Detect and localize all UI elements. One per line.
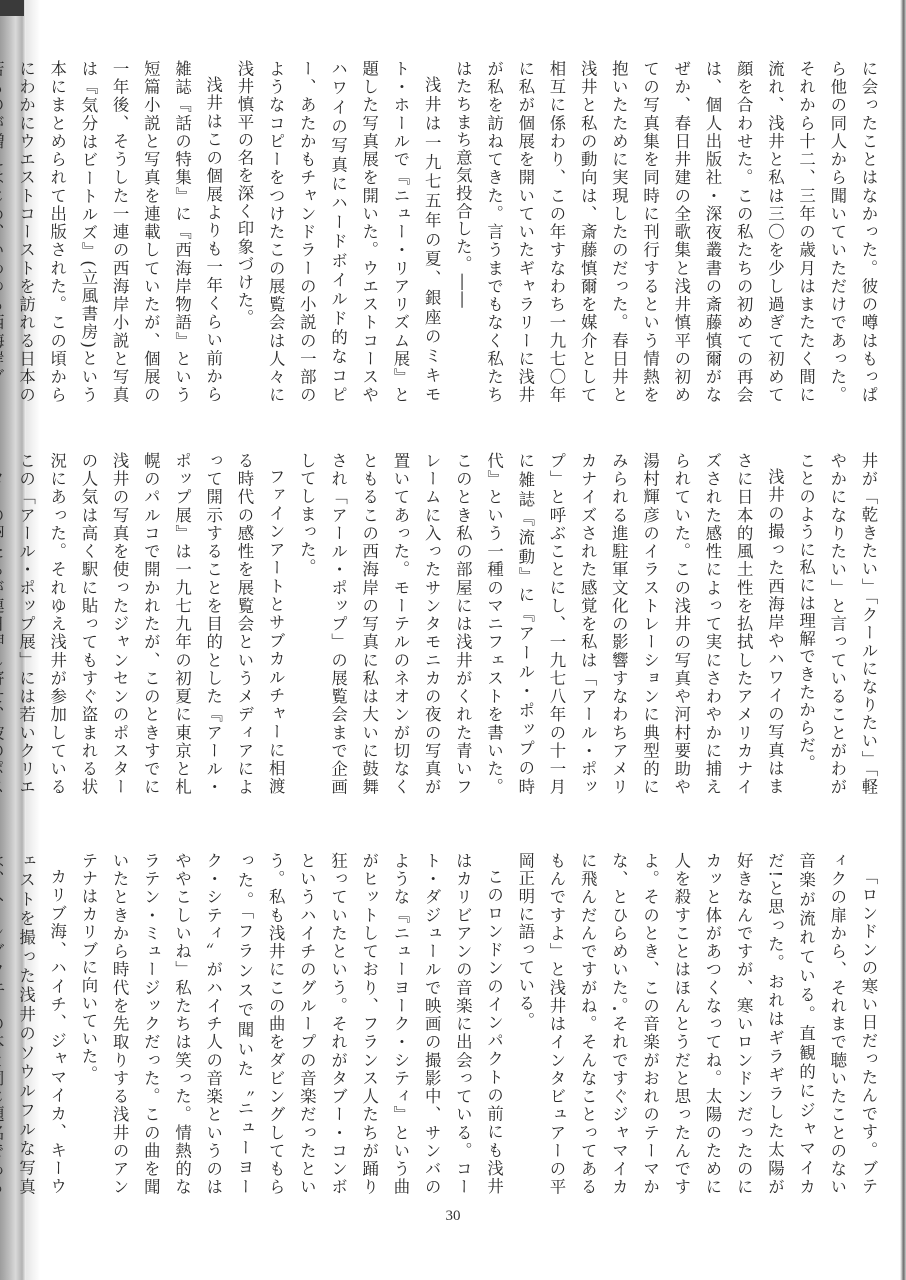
- text-tier-top: に会ったことはなかった。彼の噂はもっぱら他の同人から聞いていただけであった。それ…: [62, 60, 884, 404]
- paragraph: に会ったことはなかった。彼の噂はもっぱら他の同人から聞いていただけであった。それ…: [447, 60, 884, 404]
- book-page: に会ったことはなかった。彼の噂はもっぱら他の同人から聞いていただけであった。それ…: [40, 0, 898, 1280]
- paragraph: 浅井は一九七五年の夏、銀座のミキモト・ホールで『ニュー・リアリズム展』と題した写…: [229, 60, 447, 404]
- page-number: 30: [0, 1208, 906, 1225]
- paragraph: ファインアートとサブカルチャーに相渡る時代の感性を展覧会というメディアによって開…: [0, 452, 291, 796]
- paragraph: 井が「乾きたい」「クールになりたい」「軽やかになりたい」と言っていることがわがこ…: [790, 452, 884, 796]
- print-speck: [613, 1007, 616, 1010]
- text-tier-middle: 井が「乾きたい」「クールになりたい」「軽やかになりたい」と言っていることがわがこ…: [62, 452, 884, 796]
- paragraph: 「ロンドンの寒い日だったんです。ブティクの扉から、それまで聴いたことのない音楽が…: [510, 852, 884, 1196]
- paragraph: 浅井の撮った西海岸やハワイの写真はまさに日本的風土性を払拭したアメリカナイズされ…: [291, 452, 790, 796]
- page-right-edge: [900, 0, 906, 1280]
- text-tier-bottom: 「ロンドンの寒い日だったんです。ブティクの扉から、それまで聴いたことのない音楽が…: [62, 852, 884, 1196]
- paragraph: カリブ海、ハイチ、ジャマイカ、キーウェストを撮った浅井のソウルフルな写真は、ヘミ…: [0, 852, 73, 1196]
- paragraph: このロンドンのインパクトの前にも浅井はカリビアンの音楽に出会っている。コート・ダ…: [73, 852, 510, 1196]
- binding-edge-dark-corner: [0, 0, 24, 16]
- paragraph: 浅井はこの個展よりも一年くらい前から雑誌『話の特集』に『西海岸物語』という短篇小…: [0, 60, 229, 404]
